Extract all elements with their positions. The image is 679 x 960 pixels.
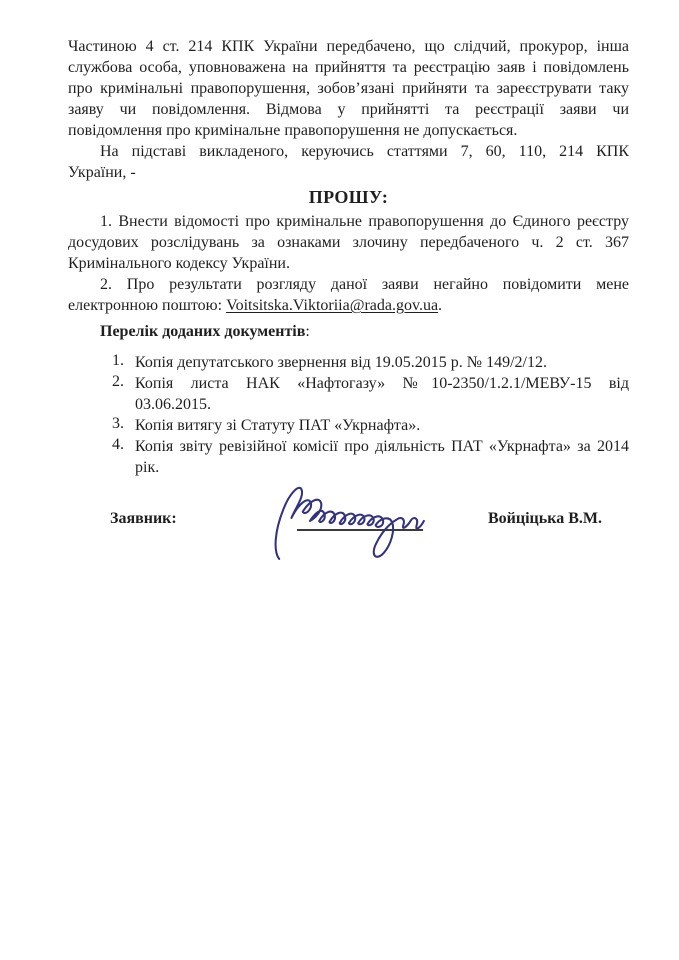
list-item-text: Копія звіту ревізійної комісії про діяль… <box>135 436 629 457</box>
attachments-heading-colon: : <box>305 323 309 340</box>
paragraph-line: повідомлення про кримінальне правопоруше… <box>68 120 629 141</box>
signature-block: Заявник: Войціцька В.М. <box>68 484 629 599</box>
attachments-heading: Перелік доданих документів: <box>68 321 629 342</box>
list-item-text: рік. <box>135 457 629 478</box>
paragraph-line: України, - <box>68 162 629 183</box>
paragraph-line: про кримінальні правопорушення, зобов’яз… <box>68 78 629 99</box>
list-item: 2. Копія листа НАК «Нафтогазу» №10-2350/… <box>68 373 629 415</box>
list-item-text: Копія витягу зі Статуту ПАТ «Укрнафта». <box>135 415 629 436</box>
applicant-name: Войціцька В.М. <box>488 510 602 528</box>
document-content: Частиною 4 ст. 214 КПК України передбаче… <box>0 0 679 599</box>
signature-stroke <box>276 488 424 559</box>
list-item-number: 2. <box>112 373 124 391</box>
list-item: 4. Копія звіту ревізійної комісії про ді… <box>68 436 629 478</box>
paragraph-line: Кримінального кодексу України. <box>68 253 629 274</box>
list-item-text: Копія депутатського звернення від 19.05.… <box>135 352 629 373</box>
handwritten-signature <box>273 480 429 566</box>
paragraph-intro: Частиною 4 ст. 214 КПК України передбаче… <box>68 36 629 141</box>
paragraph-basis: На підставі викладеного, керуючись статт… <box>68 141 629 183</box>
document-page: Частиною 4 ст. 214 КПК України передбаче… <box>0 0 679 960</box>
paragraph-line: На підставі викладеного, керуючись статт… <box>68 141 629 162</box>
paragraph-line: Частиною 4 ст. 214 КПК України передбаче… <box>68 36 629 57</box>
request-heading: ПРОШУ: <box>68 186 629 209</box>
paragraph-request-2: 2. Про результати розгляду даної заяви н… <box>68 274 629 316</box>
list-item-text: Копія листа НАК «Нафтогазу» №10-2350/1.2… <box>135 373 629 394</box>
list-item: 3. Копія витягу зі Статуту ПАТ «Укрнафта… <box>68 415 629 436</box>
list-item-number: 4. <box>112 436 124 454</box>
list-item-number: 1. <box>112 352 124 370</box>
paragraph-line: 2. Про результати розгляду даної заяви н… <box>68 274 629 295</box>
list-item-text: 03.06.2015. <box>135 394 629 415</box>
paragraph-line: 1. Внести відомості про кримінальне прав… <box>68 211 629 232</box>
email-suffix: . <box>438 297 442 314</box>
paragraph-line: заяву чи повідомлення. Відмова у прийнят… <box>68 99 629 120</box>
paragraph-line: електронною поштою: Voitsitska.Viktoriia… <box>68 295 629 316</box>
list-item-number: 3. <box>112 415 124 433</box>
email-link[interactable]: Voitsitska.Viktoriia@rada.gov.ua <box>226 297 438 314</box>
email-prefix: електронною поштою: <box>68 297 226 314</box>
applicant-label: Заявник: <box>110 510 177 528</box>
paragraph-line: службова особа, уповноважена на прийнятт… <box>68 57 629 78</box>
list-item: 1. Копія депутатського звернення від 19.… <box>68 352 629 373</box>
paragraph-request-1: 1. Внести відомості про кримінальне прав… <box>68 211 629 274</box>
attachments-list: 1. Копія депутатського звернення від 19.… <box>68 352 629 478</box>
attachments-heading-text: Перелік доданих документів <box>100 323 305 340</box>
paragraph-line: досудових розслідувань за ознаками злочи… <box>68 232 629 253</box>
